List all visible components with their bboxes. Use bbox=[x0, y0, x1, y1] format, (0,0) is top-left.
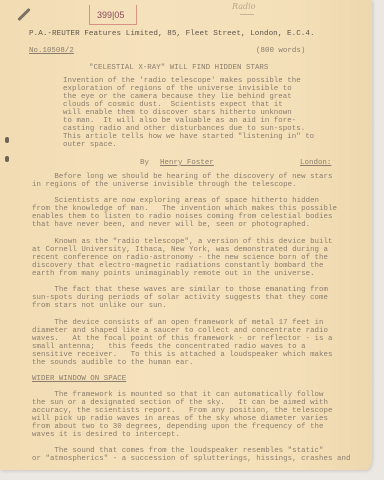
punch-mark bbox=[5, 156, 9, 162]
punch-mark bbox=[5, 137, 9, 143]
word-count: (800 words) bbox=[256, 47, 305, 55]
agency-header: P.A.-REUTER Features Limited, 85, Fleet … bbox=[29, 30, 315, 38]
archive-number: 399|05 bbox=[97, 10, 124, 20]
handwritten-underline bbox=[240, 14, 254, 15]
byline-prefix: By bbox=[140, 159, 149, 167]
handwritten-note: Radio bbox=[232, 2, 255, 11]
headline: "CELESTIAL X-RAY" WILL FIND HIDDEN STARS bbox=[89, 64, 268, 72]
reference-number: No.10508/2 bbox=[29, 47, 74, 55]
author-name: Henry Foster bbox=[160, 159, 214, 167]
subheading: WIDER WINDOW ON SPACE bbox=[32, 375, 126, 383]
dateline: London: bbox=[300, 159, 331, 167]
